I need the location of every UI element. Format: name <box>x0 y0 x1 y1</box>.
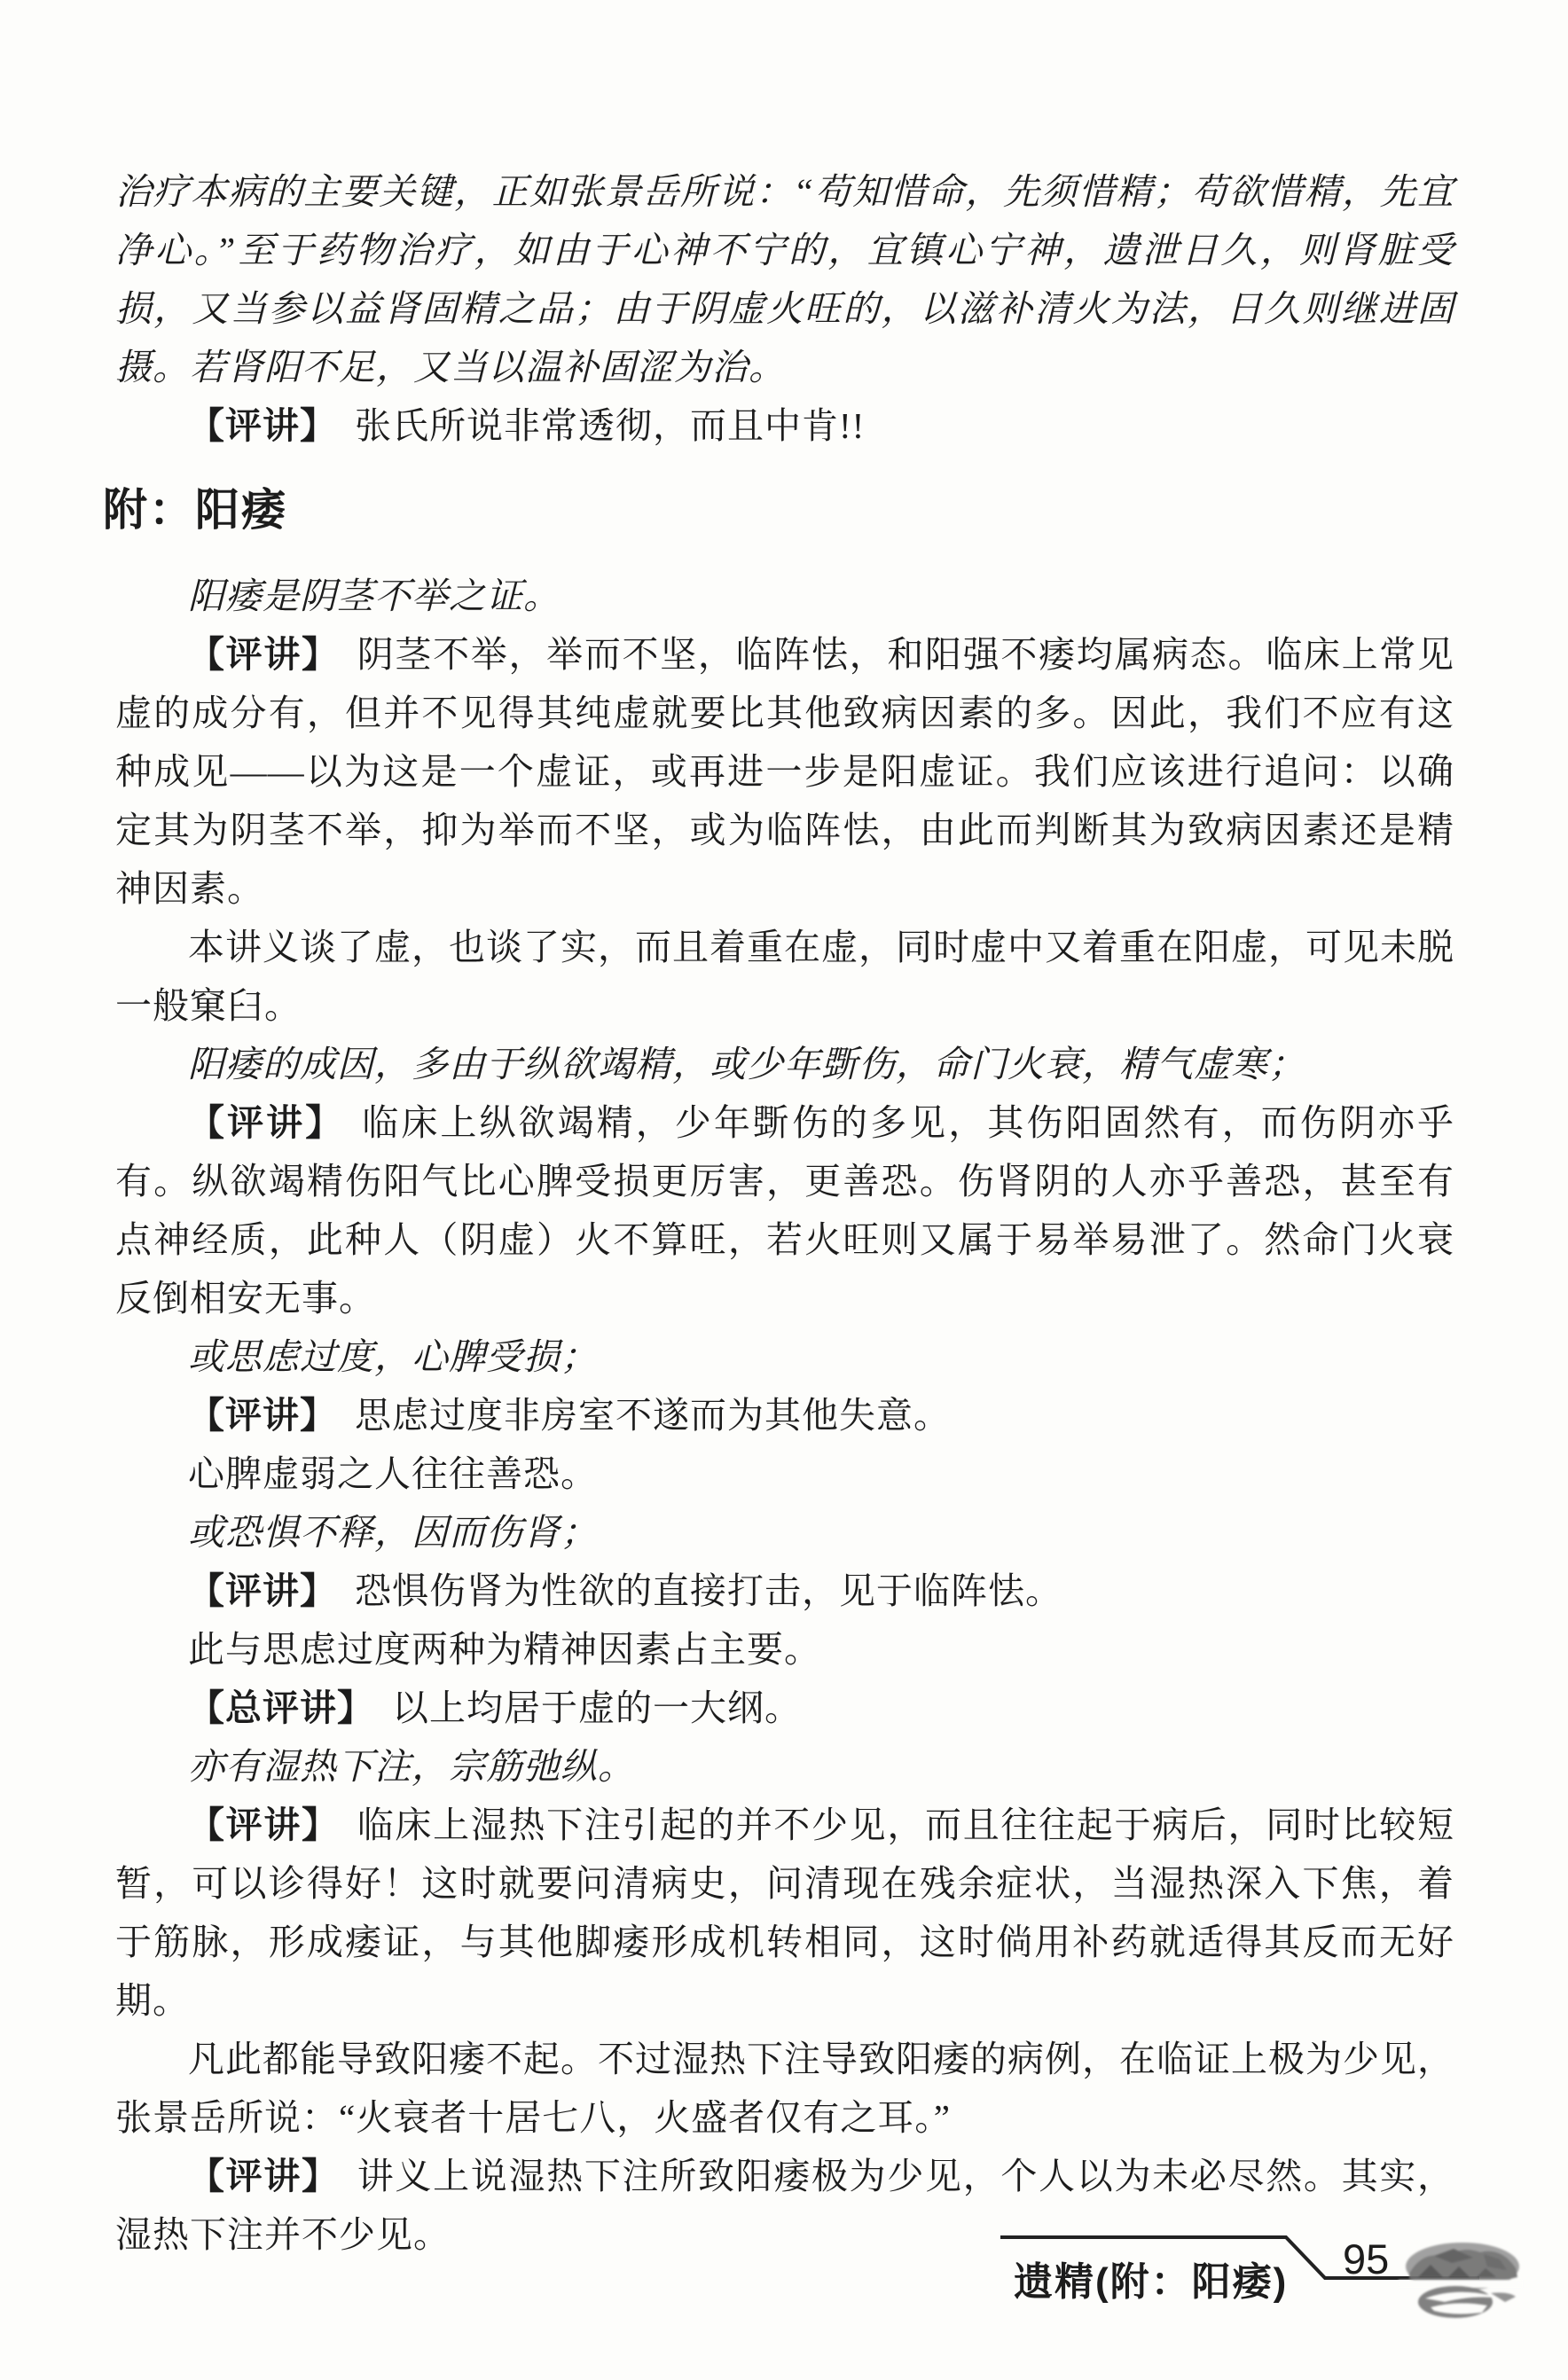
lecture-text: 治疗本病的主要关键，正如张景岳所说：“苟知惜命，先须惜精；苟欲惜精，先宜净心。”… <box>115 171 1454 388</box>
comment-paragraph: 【总评讲】以上均居于虚的一大纲。 <box>115 1679 1454 1737</box>
body-text: 心脾虚弱之人往往善恐。 <box>188 1453 598 1494</box>
lecture-text: 阳痿是阴茎不举之证。 <box>188 575 561 616</box>
lecture-paragraph: 阳痿的成因，多由于纵欲竭精，或少年斲伤，命门火衰，精气虚寒； <box>115 1035 1454 1093</box>
comment-label: 【评讲】 <box>188 1805 340 1845</box>
body-paragraph: 心脾虚弱之人往往善恐。 <box>115 1444 1454 1503</box>
lecture-text: 或恐惧不释，因而伤肾； <box>188 1512 598 1553</box>
lecture-text: 阳痿的成因，多由于纵欲竭精，或少年斲伤，命门火衰，精气虚寒； <box>188 1044 1305 1084</box>
comment-text: 思虑过度非房室不遂而为其他失意。 <box>355 1395 951 1436</box>
footer-page-number: 95 <box>1343 2236 1389 2282</box>
comment-paragraph: 【评讲】临床上湿热下注引起的并不少见，而且往往起于病后，同时比较短暂，可以诊得好… <box>115 1796 1454 2030</box>
comment-text: 以上均居于虚的一大纲。 <box>392 1687 802 1728</box>
footer-chapter-title: 遗精(附：阳痿) <box>1014 2259 1288 2306</box>
comment-paragraph: 【评讲】恐惧伤肾为性欲的直接打击，见于临阵怯。 <box>115 1562 1454 1620</box>
body-paragraph: 本讲义谈了虚，也谈了实，而且着重在虚，同时虚中又着重在阳虚，可见未脱一般窠臼。 <box>115 918 1454 1035</box>
lecture-paragraph: 或恐惧不释，因而伤肾； <box>115 1503 1454 1562</box>
page-body: 治疗本病的主要关键，正如张景岳所说：“苟知惜命，先须惜精；苟欲惜精，先宜净心。”… <box>115 162 1454 2264</box>
lecture-paragraph: 治疗本病的主要关键，正如张景岳所说：“苟知惜命，先须惜精；苟欲惜精，先宜净心。”… <box>115 162 1454 396</box>
section-heading: 附：阳痿 <box>103 483 1454 536</box>
body-text: 此与思虑过度两种为精神因素占主要。 <box>188 1629 821 1670</box>
comment-label: 【评讲】 <box>188 1102 344 1143</box>
lecture-paragraph: 阳痿是阴茎不举之证。 <box>115 567 1454 625</box>
comment-paragraph: 【评讲】思虑过度非房室不遂而为其他失意。 <box>115 1386 1454 1444</box>
comment-label: 【评讲】 <box>188 1395 337 1436</box>
comment-text: 张氏所说非常透彻，而且中肯!! <box>355 405 865 446</box>
lecture-text: 亦有湿热下注，宗筋弛纵。 <box>188 1746 635 1787</box>
comment-label: 【总评讲】 <box>188 1687 374 1728</box>
lecture-paragraph: 亦有湿热下注，宗筋弛纵。 <box>115 1737 1454 1796</box>
lecture-paragraph: 或思虑过度，心脾受损； <box>115 1327 1454 1386</box>
book-page: 治疗本病的主要关键，正如张景岳所说：“苟知惜命，先须惜精；苟欲惜精，先宜净心。”… <box>0 0 1568 2380</box>
body-text: 本讲义谈了虚，也谈了实，而且着重在虚，同时虚中又着重在阳虚，可见未脱一般窠臼。 <box>115 927 1454 1026</box>
comment-paragraph: 【评讲】阴茎不举，举而不坚，临阵怯，和阳强不痿均属病态。临床上常见虚的成分有，但… <box>115 625 1454 918</box>
comment-text: 阴茎不举，举而不坚，临阵怯，和阳强不痿均属病态。临床上常见虚的成分有，但并不见得… <box>115 634 1454 909</box>
body-paragraph: 此与思虑过度两种为精神因素占主要。 <box>115 1620 1454 1679</box>
body-paragraph: 凡此都能导致阳痿不起。不过湿热下注导致阳痿的病例，在临证上极为少见，张景岳所说：… <box>115 2030 1454 2147</box>
body-text: 凡此都能导致阳痿不起。不过湿热下注导致阳痿的病例，在临证上极为少见，张景岳所说：… <box>115 2039 1454 2138</box>
comment-label: 【评讲】 <box>188 2156 340 2196</box>
comment-label: 【评讲】 <box>188 405 337 446</box>
comment-label: 【评讲】 <box>188 1570 337 1611</box>
comment-label: 【评讲】 <box>188 634 340 675</box>
comment-paragraph: 【评讲】张氏所说非常透彻，而且中肯!! <box>115 396 1454 455</box>
comment-text: 恐惧伤肾为性欲的直接打击，见于临阵怯。 <box>355 1570 1062 1611</box>
lecture-text: 或思虑过度，心脾受损； <box>188 1336 598 1377</box>
comment-paragraph: 【评讲】临床上纵欲竭精，少年斲伤的多见，其伤阳固然有，而伤阴亦乎有。纵欲竭精伤阳… <box>115 1093 1454 1327</box>
library-seal-stamp <box>1399 2238 1523 2327</box>
